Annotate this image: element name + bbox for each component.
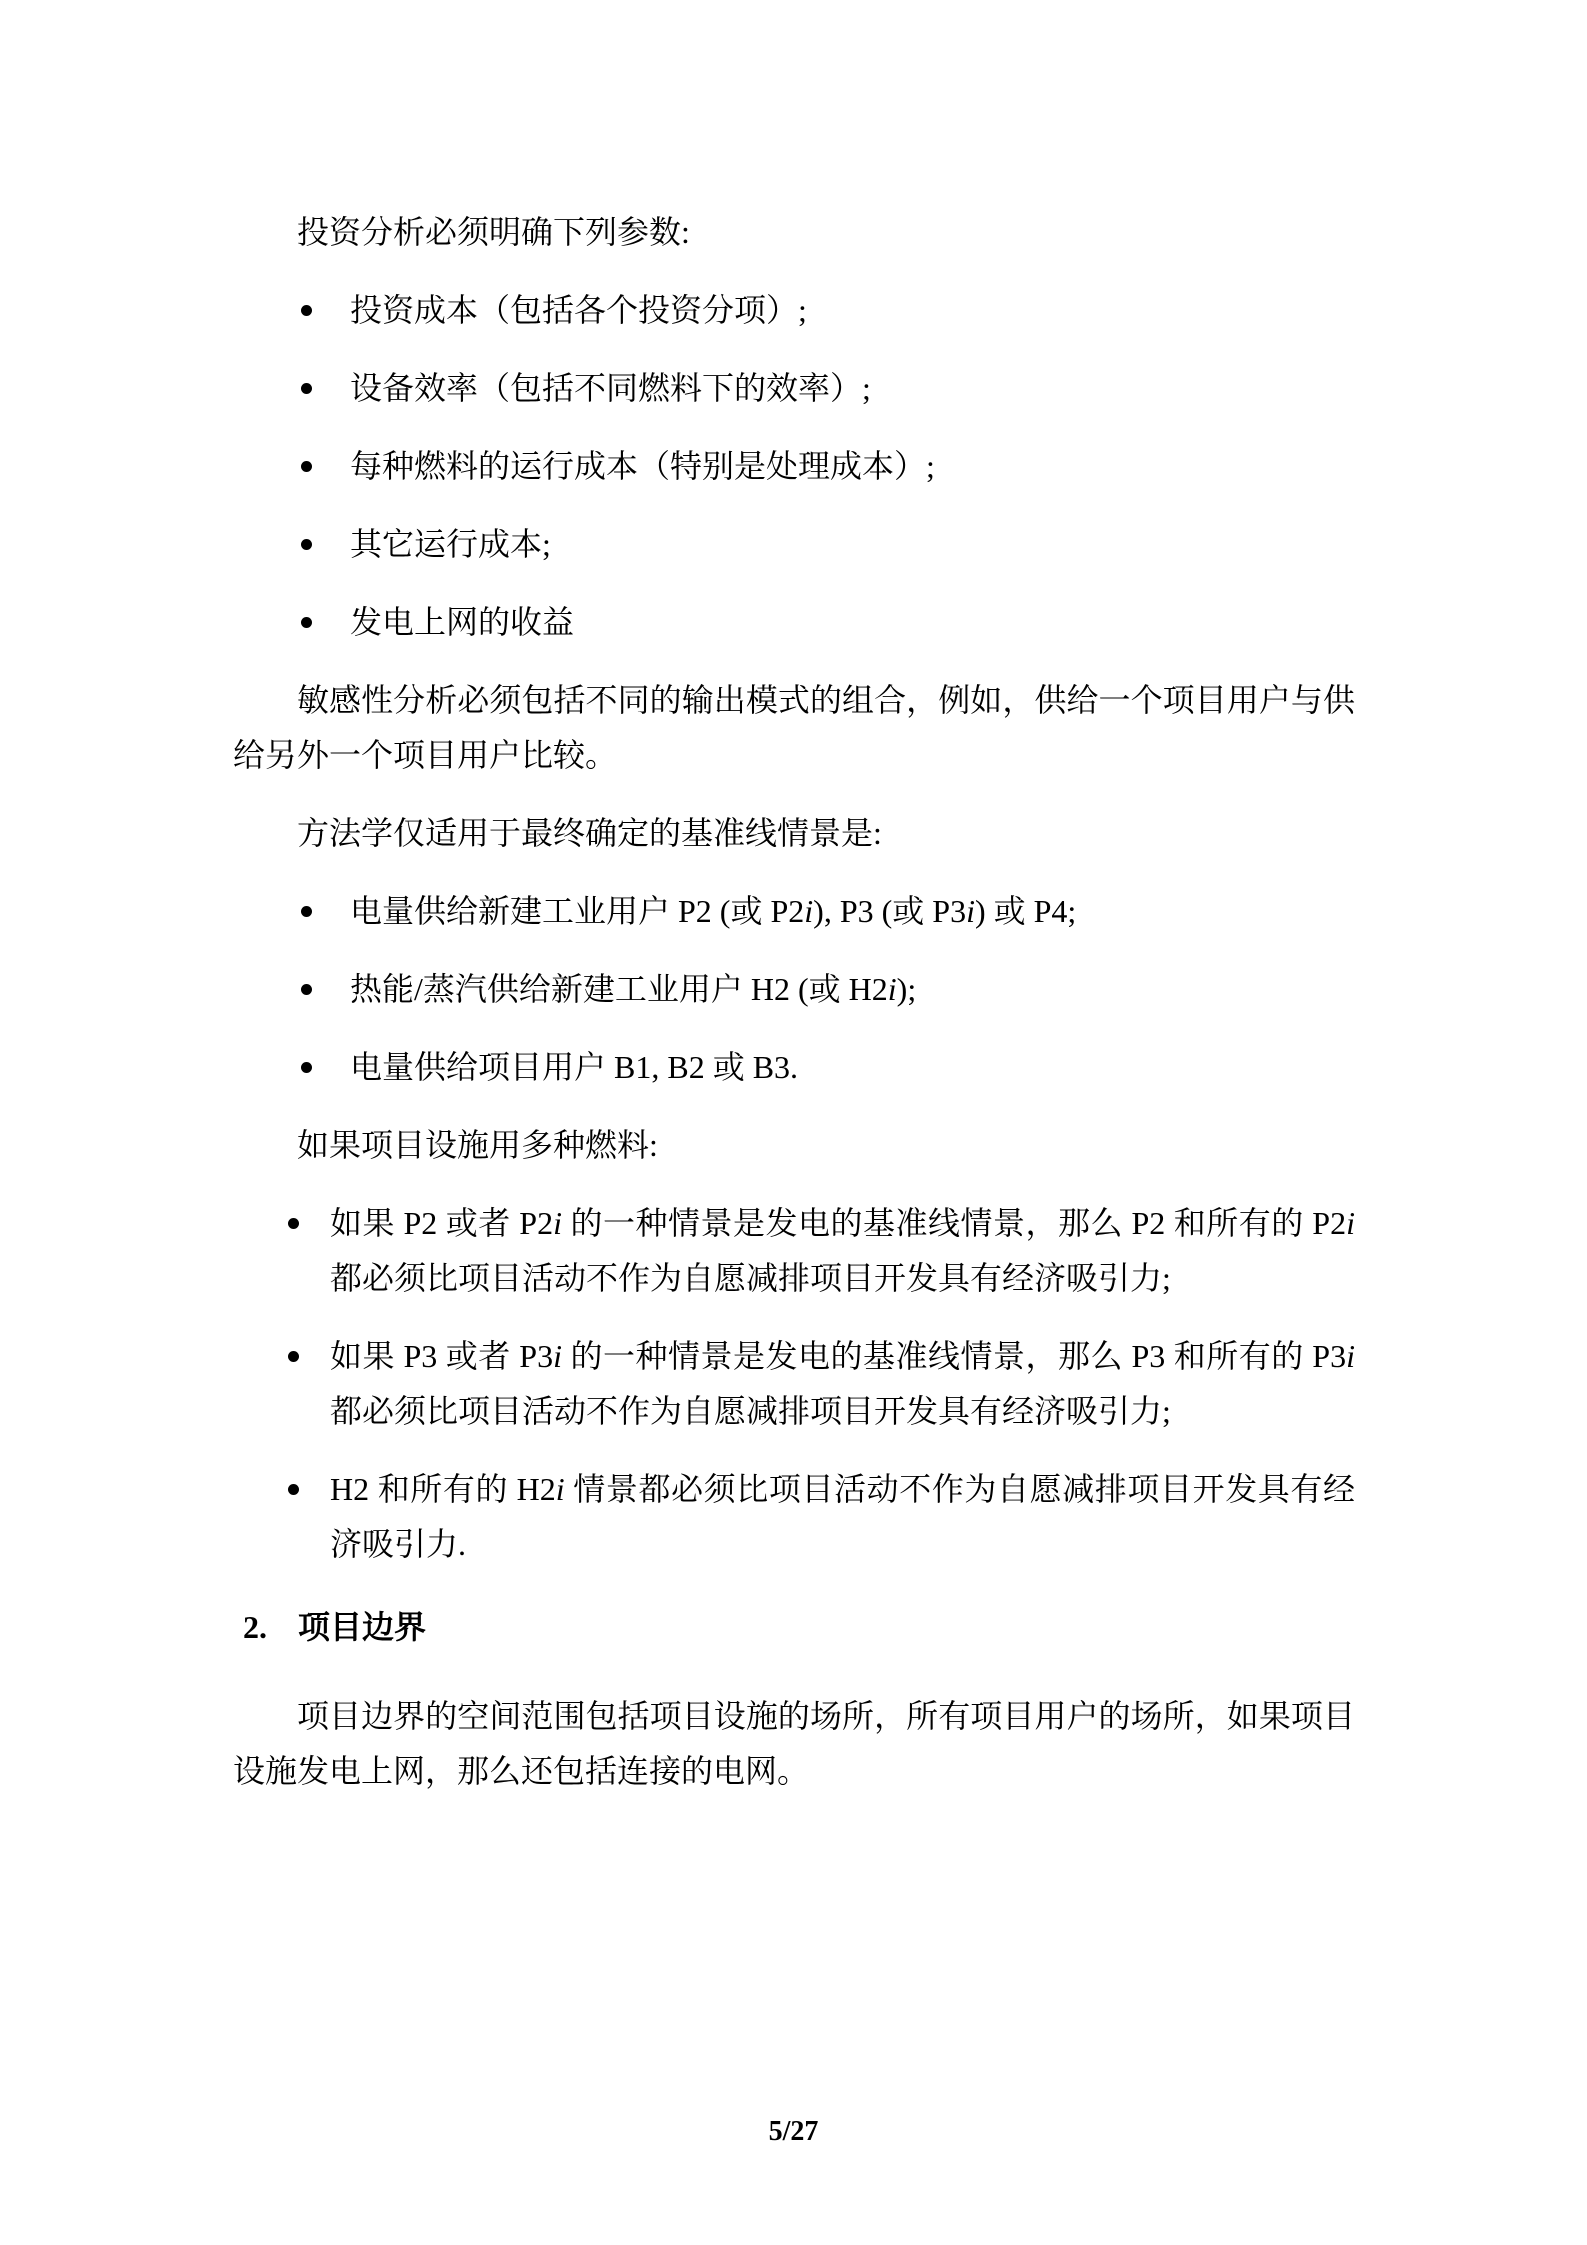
bullet-item: H2 和所有的 H2i 情景都必须比项目活动不作为自愿减排项目开发具有经济吸引力… xyxy=(233,1462,1355,1572)
paragraph-text: 项目边界的空间范围包括项目设施的场所，所有项目用户的场所，如果项目设施发电上网，… xyxy=(233,1698,1355,1789)
bullet-dot-icon xyxy=(301,617,312,628)
page-number: 5/27 xyxy=(0,2116,1587,2148)
bullet-text: 每种燃料的运行成本（特别是处理成本）; xyxy=(350,448,935,484)
bullet-dot-icon xyxy=(301,906,312,917)
bullet-text: 热能/蒸汽供给新建工业用户 H2 (或 H2i); xyxy=(350,971,916,1007)
paragraph: 投资分析必须明确下列参数: xyxy=(233,205,1355,260)
bullet-item: 电量供给新建工业用户 P2 (或 P2i), P3 (或 P3i) 或 P4; xyxy=(233,884,1355,939)
bullet-text: 投资成本（包括各个投资分项）; xyxy=(350,292,807,328)
bullet-text: 电量供给新建工业用户 P2 (或 P2i), P3 (或 P3i) 或 P4; xyxy=(350,893,1076,929)
paragraph: 如果项目设施用多种燃料: xyxy=(233,1118,1355,1173)
document-body: 投资分析必须明确下列参数:投资成本（包括各个投资分项）;设备效率（包括不同燃料下… xyxy=(233,205,1355,1822)
bullet-text: 其它运行成本; xyxy=(350,526,551,562)
bullet-text: 如果 P3 或者 P3i 的一种情景是发电的基准线情景，那么 P3 和所有的 P… xyxy=(330,1338,1355,1429)
bullet-dot-icon xyxy=(288,1484,299,1495)
bullet-item: 电量供给项目用户 B1, B2 或 B3. xyxy=(233,1040,1355,1095)
bullet-dot-icon xyxy=(301,984,312,995)
bullet-item: 如果 P3 或者 P3i 的一种情景是发电的基准线情景，那么 P3 和所有的 P… xyxy=(233,1329,1355,1439)
heading-text: 项目边界 xyxy=(298,1609,426,1645)
bullet-dot-icon xyxy=(301,539,312,550)
heading-number: 2. xyxy=(243,1600,298,1655)
paragraph: 敏感性分析必须包括不同的输出模式的组合，例如，供给一个项目用户与供给另外一个项目… xyxy=(233,673,1355,783)
paragraph: 方法学仅适用于最终确定的基准线情景是: xyxy=(233,806,1355,861)
bullet-text: 发电上网的收益 xyxy=(350,604,574,640)
bullet-item: 设备效率（包括不同燃料下的效率）; xyxy=(233,361,1355,416)
bullet-text: 电量供给项目用户 B1, B2 或 B3. xyxy=(350,1049,798,1085)
paragraph-text: 方法学仅适用于最终确定的基准线情景是: xyxy=(297,815,882,851)
bullet-dot-icon xyxy=(301,461,312,472)
bullet-item: 发电上网的收益 xyxy=(233,595,1355,650)
document-page: 投资分析必须明确下列参数:投资成本（包括各个投资分项）;设备效率（包括不同燃料下… xyxy=(0,0,1587,2245)
bullet-dot-icon xyxy=(301,383,312,394)
bullet-dot-icon xyxy=(288,1218,299,1229)
bullet-dot-icon xyxy=(301,1062,312,1073)
bullet-item: 热能/蒸汽供给新建工业用户 H2 (或 H2i); xyxy=(233,962,1355,1017)
bullet-dot-icon xyxy=(301,305,312,316)
bullet-text: H2 和所有的 H2i 情景都必须比项目活动不作为自愿减排项目开发具有经济吸引力… xyxy=(330,1471,1355,1562)
paragraph-text: 如果项目设施用多种燃料: xyxy=(297,1127,658,1163)
paragraph-text: 投资分析必须明确下列参数: xyxy=(297,214,690,250)
bullet-text: 如果 P2 或者 P2i 的一种情景是发电的基准线情景，那么 P2 和所有的 P… xyxy=(330,1205,1355,1296)
paragraph-text: 敏感性分析必须包括不同的输出模式的组合，例如，供给一个项目用户与供给另外一个项目… xyxy=(233,682,1355,773)
bullet-item: 投资成本（包括各个投资分项）; xyxy=(233,283,1355,338)
section-heading: 2.项目边界 xyxy=(233,1600,1355,1655)
bullet-text: 设备效率（包括不同燃料下的效率）; xyxy=(350,370,871,406)
bullet-item: 如果 P2 或者 P2i 的一种情景是发电的基准线情景，那么 P2 和所有的 P… xyxy=(233,1196,1355,1306)
paragraph: 项目边界的空间范围包括项目设施的场所，所有项目用户的场所，如果项目设施发电上网，… xyxy=(233,1689,1355,1799)
bullet-dot-icon xyxy=(288,1351,299,1362)
bullet-item: 每种燃料的运行成本（特别是处理成本）; xyxy=(233,439,1355,494)
bullet-item: 其它运行成本; xyxy=(233,517,1355,572)
